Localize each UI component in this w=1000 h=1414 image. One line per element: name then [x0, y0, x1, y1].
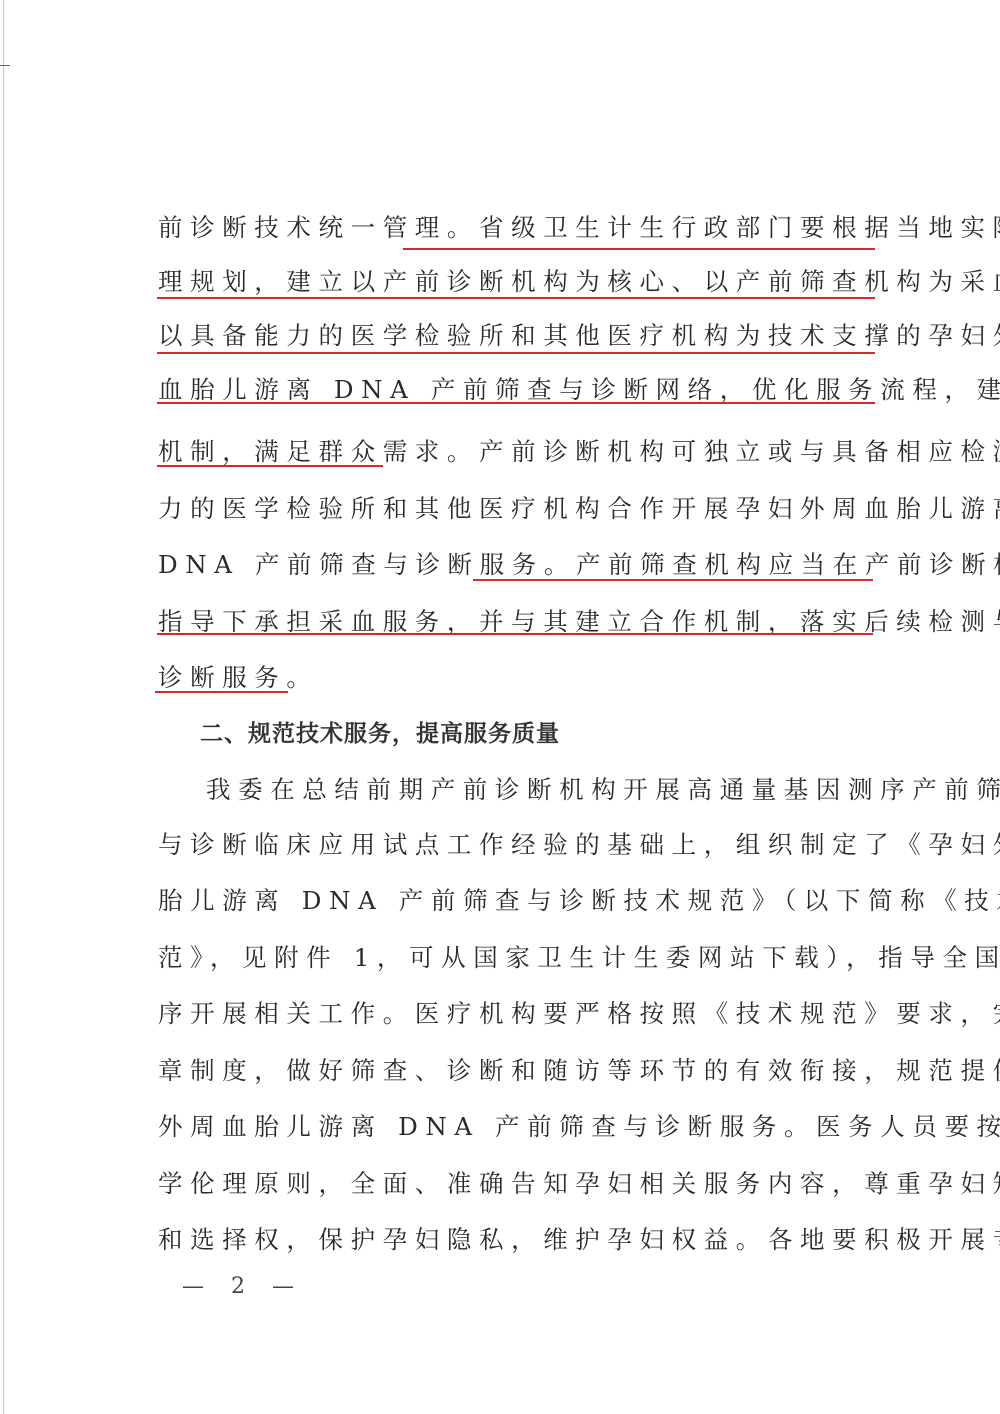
red-underline	[157, 352, 875, 354]
text-line-12: 胎儿游离 DNA 产前筛查与诊断技术规范》（以下简称《技术规	[158, 883, 863, 919]
text-line-10: 我委在总结前期产前诊断机构开展高通量基因测序产前筛查	[206, 772, 863, 808]
red-underline	[155, 691, 288, 693]
text-line-1: 前诊断技术统一管理。省级卫生计生行政部门要根据当地实际合	[158, 210, 863, 246]
text-line-15: 章制度，做好筛查、诊断和随访等环节的有效衔接，规范提供孕妇	[158, 1053, 863, 1089]
text-line-14: 序开展相关工作。医疗机构要严格按照《技术规范》要求，完善规	[158, 996, 863, 1032]
section-heading: 二、规范技术服务，提高服务质量	[200, 716, 560, 752]
text-line-3: 以具备能力的医学检验所和其他医疗机构为技术支撑的孕妇外周	[158, 318, 863, 354]
text-line-17: 学伦理原则，全面、准确告知孕妇相关服务内容，尊重孕妇知情权	[158, 1166, 863, 1202]
text-line-13: 范》，见附件 1，可从国家卫生计生委网站下载），指导全国规范有	[158, 940, 863, 976]
red-underline	[157, 465, 383, 467]
red-underline	[157, 402, 875, 404]
text-line-16: 外周血胎儿游离 DNA 产前筛查与诊断服务。医务人员要按照医	[158, 1109, 863, 1145]
page-number: — 2 —	[182, 1272, 304, 1302]
text-line-6: 力的医学检验所和其他医疗机构合作开展孕妇外周血胎儿游离	[158, 491, 863, 527]
red-underline	[403, 248, 875, 250]
binding-margin-mark	[0, 65, 10, 66]
red-underline	[473, 579, 873, 581]
red-underline	[157, 297, 875, 299]
text-line-18: 和选择权，保护孕妇隐私，维护孕妇权益。各地要积极开展专业技	[158, 1222, 863, 1258]
text-line-11: 与诊断临床应用试点工作经验的基础上，组织制定了《孕妇外周血	[158, 827, 863, 863]
binding-margin-line	[3, 0, 4, 1414]
text-line-7: DNA 产前筛查与诊断服务。产前筛查机构应当在产前诊断机构	[158, 547, 863, 583]
red-underline	[157, 633, 873, 635]
text-line-2: 理规划，建立以产前诊断机构为核心、以产前筛查机构为采血点、	[158, 264, 863, 300]
